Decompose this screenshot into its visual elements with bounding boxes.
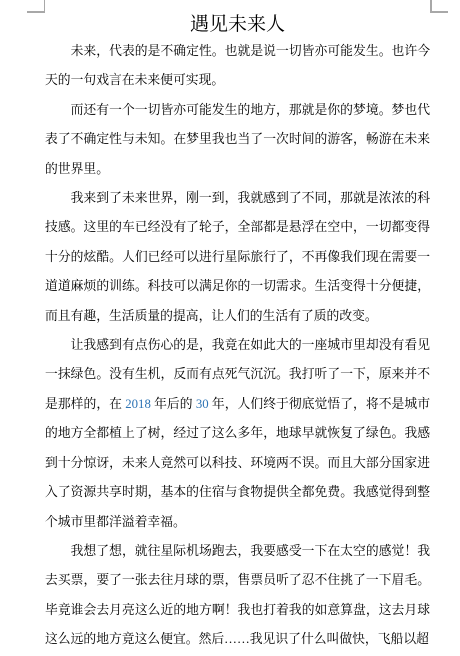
margin-crop-mark-top-right-horizontal (430, 11, 448, 13)
margin-crop-mark-top-left-vertical (44, 0, 46, 13)
paragraph: 我来到了未来世界，刚一到，我就感到了不同，那就是浓浓的科技感。这里的车已经没有了… (45, 184, 430, 331)
highlighted-number: 30 (196, 397, 209, 411)
paragraph: 我想了想，就往星际机场跑去，我要感受一下在太空的感觉！我去买票，要了一张去往月球… (45, 537, 430, 655)
paragraph: 而还有一个一切皆亦可能发生的地方，那就是你的梦境。梦也代表了不确定性与未知。在梦… (45, 96, 430, 184)
paragraph: 未来，代表的是不确定性。也就是说一切皆亦可能发生。也许今天的一句戏言在未来便可实… (45, 37, 430, 96)
document-title: 遇见未来人 (45, 12, 430, 37)
document-page: 遇见未来人 未来，代表的是不确定性。也就是说一切皆亦可能发生。也许今天的一句戏言… (0, 0, 460, 656)
text-area: 遇见未来人 未来，代表的是不确定性。也就是说一切皆亦可能发生。也许今天的一句戏言… (45, 12, 430, 655)
document-body: 未来，代表的是不确定性。也就是说一切皆亦可能发生。也许今天的一句戏言在未来便可实… (45, 37, 430, 655)
highlighted-number: 2018 (125, 397, 151, 411)
margin-crop-mark-top-left-horizontal (27, 11, 45, 13)
paragraph: 让我感到有点伤心的是，我竟在如此大的一座城市里却没有看见一抹绿色。没有生机，反而… (45, 331, 430, 537)
